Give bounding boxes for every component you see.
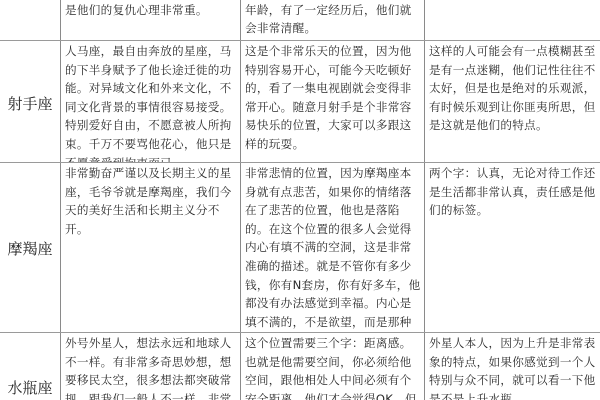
sign-label-sagittarius: 射手座	[0, 93, 60, 113]
sign-label-aquarius: 水瓶座	[0, 377, 60, 397]
trait-cell: 人马座，最自由奔放的星座，马的下半身赋予了他长途迁徙的功能。对异域文化和外来文化…	[61, 41, 240, 162]
trait-cell: 拉，唯一会被巴夫鹅满足定可能是他们的复仇心理非常重。	[61, 0, 240, 40]
ascendant-cell: 两个字：认真，无论对待工作还是生活都非常认真，责任感是他们的标签。	[425, 163, 600, 332]
moon-cell: 这是个非常乐天的位置，因为他特别容易开心，可能今天吃顿好的，看了一集电视剧就会变…	[241, 41, 424, 162]
sign-label-capricorn: 摩羯座	[0, 238, 60, 258]
trait-cell: 非常勤奋严谨以及长期主义的星座，毛爷爷就是摩羯座，我们今天的美好生活和长期主义分…	[61, 163, 240, 332]
sign-cell	[0, 0, 60, 40]
moon-cell: 非常悲情的位置，因为摩羯座本身就有点悲苦，如果你的情绪落在了悲苦的位置，他也是落…	[241, 163, 424, 332]
ascendant-cell	[425, 0, 600, 40]
moon-cell: 置，但我觉得他们一直到达一定年龄，有了一定经历后，他们就会非常清醒。	[241, 0, 424, 40]
trait-cell: 外号外星人，想法永远和地球人不一样。有非常多奇思妙想，想要移民太空，很多想法都突…	[61, 333, 240, 400]
ascendant-cell: 外星人本人，因为上升是非常表象的特点，如果你感觉到一个人特别与众不同，就可以看一…	[425, 333, 600, 400]
ascendant-cell: 这样的人可能会有一点模糊甚至是有一点迷糊，他们记性往往不太好，但是也是绝对的乐观…	[425, 41, 600, 162]
moon-cell: 这个位置需要三个字：距离感。也就是他需要空间，你必须给他空间，跟他相处人中间必须…	[241, 333, 424, 400]
zodiac-table: 拉，唯一会被巴夫鹅满足定可能是他们的复仇心理非常重。 置，但我觉得他们一直到达一…	[0, 0, 600, 400]
